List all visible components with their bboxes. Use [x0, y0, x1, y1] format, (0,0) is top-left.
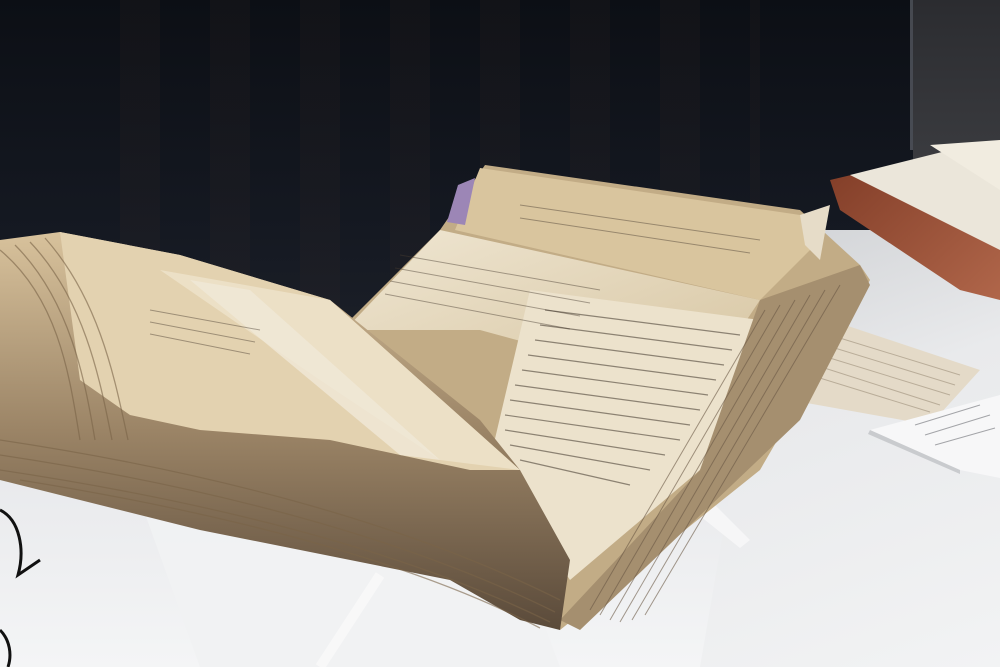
museum-display-photo	[0, 0, 1000, 667]
display-cable	[0, 500, 60, 667]
manuscript-illustration	[0, 0, 1000, 667]
main-manuscript	[0, 165, 870, 630]
